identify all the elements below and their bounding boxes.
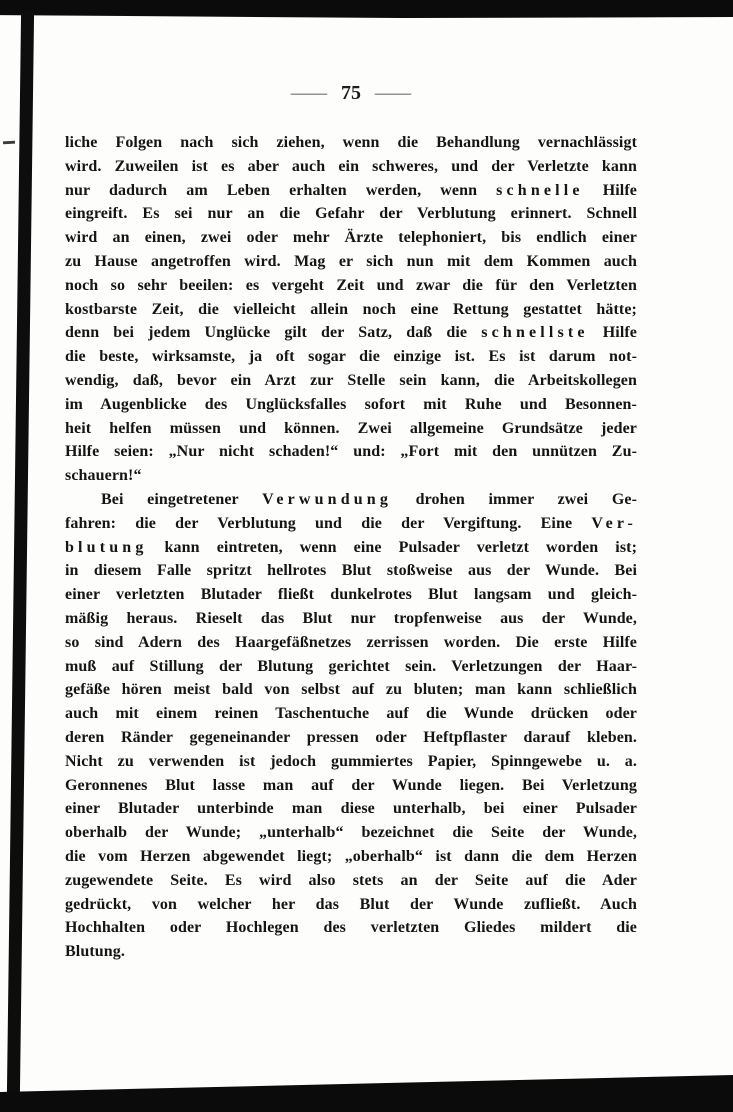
body-text: eingreift. Es sei nur an die Gefahr der … [65, 205, 637, 222]
body-text: schauern!“ [65, 467, 142, 484]
text-line: einer Blutader unterbinde man diese unte… [65, 797, 637, 821]
text-line: Blutung. [65, 940, 637, 964]
body-text: nur dadurch am Leben erhalten werden, we… [65, 182, 496, 199]
body-text: liche Folgen nach sich ziehen, wenn die … [65, 134, 637, 151]
text-line: eingreift. Es sei nur an die Gefahr der … [65, 202, 637, 226]
body-text: die vom Herzen abgewendet liegt; „oberha… [65, 848, 637, 865]
text-line: gedrückt, von welcher her das Blut der W… [65, 893, 637, 917]
body-text: wird. Zuweilen ist es aber auch ein schw… [65, 158, 637, 175]
body-text: heit helfen müssen und können. Zwei allg… [65, 420, 637, 437]
body-text: die beste, wirksamste, ja oft sogar die … [65, 348, 637, 365]
body-text: kann eintreten, wenn eine Pulsader verle… [148, 539, 638, 556]
body-text: im Augenblicke des Unglücksfalles sofort… [65, 396, 637, 413]
body-text: noch so sehr beeilen: es vergeht Zeit un… [65, 277, 637, 294]
text-line: liche Folgen nach sich ziehen, wenn die … [65, 131, 637, 155]
body-text: zu Hause angetroffen wird. Mag er sich n… [65, 253, 637, 270]
body-text: drohen immer zwei Ge- [392, 491, 637, 508]
body-text: Hochhalten oder Hochlegen des verletzten… [65, 919, 637, 936]
text-line: auch mit einem reinen Taschentuche auf d… [65, 702, 637, 726]
text-line: wendig, daß, bevor ein Arzt zur Stelle s… [65, 369, 637, 393]
text-line: fahren: die der Verblutung und die der V… [65, 512, 637, 536]
emphasized-spaced-text: blutung [65, 539, 148, 556]
body-text: so sind Adern des Haargefäßnetzes zerris… [65, 634, 637, 651]
body-text: muß auf Stillung der Blutung gerichtet s… [65, 658, 637, 675]
body-text: Nicht zu verwenden ist jedoch gummiertes… [65, 753, 637, 770]
body-text: einer Blutader unterbinde man diese unte… [65, 800, 637, 817]
text-line: denn bei jedem Unglücke gilt der Satz, d… [65, 321, 637, 345]
text-line: kostbarste Zeit, die vielleicht allein n… [65, 298, 637, 322]
scan-bottom-edge [0, 1075, 733, 1112]
text-line: mäßig heraus. Rieselt das Blut nur tropf… [65, 607, 637, 631]
text-line: Hilfe seien: „Nur nicht schaden!“ und: „… [65, 440, 637, 464]
body-text: fahren: die der Verblutung und die der V… [65, 515, 591, 532]
body-text: mäßig heraus. Rieselt das Blut nur tropf… [65, 610, 637, 627]
body-text: zugewendete Seite. Es wird also stets an… [65, 872, 637, 889]
text-line: oberhalb der Wunde; „unterhalb“ bezeichn… [65, 821, 637, 845]
text-line: blutung kann eintreten, wenn eine Pulsad… [65, 536, 637, 560]
text-block: liche Folgen nach sich ziehen, wenn die … [65, 131, 637, 964]
body-text: gedrückt, von welcher her das Blut der W… [65, 896, 637, 913]
body-text: einer verletzten Blutader fließt dunkelr… [65, 586, 637, 603]
text-line: zu Hause angetroffen wird. Mag er sich n… [65, 250, 637, 274]
body-text: auch mit einem reinen Taschentuche auf d… [65, 705, 637, 722]
body-text: Blutung. [65, 943, 125, 960]
text-line: einer verletzten Blutader fließt dunkelr… [65, 583, 637, 607]
text-line: noch so sehr beeilen: es vergeht Zeit un… [65, 274, 637, 298]
emphasized-spaced-text: Verwundung [262, 491, 392, 508]
scan-top-edge [0, 0, 733, 21]
page-number-dash-left: — [291, 84, 327, 102]
text-line: deren Ränder gegeneinander pressen oder … [65, 726, 637, 750]
text-line: zugewendete Seite. Es wird also stets an… [65, 869, 637, 893]
text-line: muß auf Stillung der Blutung gerichtet s… [65, 655, 637, 679]
text-line: wird an einen, zwei oder mehr Ärzte tele… [65, 226, 637, 250]
body-text: Hilfe [584, 182, 637, 199]
text-line: nur dadurch am Leben erhalten werden, we… [65, 179, 637, 203]
text-line: die beste, wirksamste, ja oft sogar die … [65, 345, 637, 369]
body-text: Bei eingetretener [101, 491, 262, 508]
text-line: wird. Zuweilen ist es aber auch ein schw… [65, 155, 637, 179]
body-text: Geronnenes Blut lasse man auf der Wunde … [65, 777, 637, 794]
text-line: in diesem Falle spritzt hellrotes Blut s… [65, 559, 637, 583]
text-line: Hochhalten oder Hochlegen des verletzten… [65, 916, 637, 940]
text-line: die vom Herzen abgewendet liegt; „oberha… [65, 845, 637, 869]
book-binding-shadow [7, 10, 34, 1096]
emphasized-spaced-text: schnellste [481, 324, 588, 341]
body-text: gefäße hören meist bald von selbst auf z… [65, 681, 637, 698]
body-text: in diesem Falle spritzt hellrotes Blut s… [65, 562, 637, 579]
text-line: Bei eingetretener Verwundung drohen imme… [65, 488, 637, 512]
page-number-dash-right: — [375, 84, 411, 102]
text-line: heit helfen müssen und können. Zwei allg… [65, 417, 637, 441]
text-line: Geronnenes Blut lasse man auf der Wunde … [65, 774, 637, 798]
body-text: Hilfe seien: „Nur nicht schaden!“ und: „… [65, 443, 637, 460]
text-line: im Augenblicke des Unglücksfalles sofort… [65, 393, 637, 417]
scanned-book-page: —75— liche Folgen nach sich ziehen, wenn… [0, 0, 733, 1112]
text-line: schauern!“ [65, 464, 637, 488]
body-text: denn bei jedem Unglücke gilt der Satz, d… [65, 324, 481, 341]
page-header: —75— [65, 82, 637, 105]
emphasized-spaced-text: schnelle [496, 182, 584, 199]
text-line: Nicht zu verwenden ist jedoch gummiertes… [65, 750, 637, 774]
body-text: Hilfe [589, 324, 637, 341]
text-line: gefäße hören meist bald von selbst auf z… [65, 678, 637, 702]
body-text: kostbarste Zeit, die vielleicht allein n… [65, 301, 637, 318]
emphasized-spaced-text: Ver- [591, 515, 637, 532]
body-text: deren Ränder gegeneinander pressen oder … [65, 729, 637, 746]
body-text: oberhalb der Wunde; „unterhalb“ bezeichn… [65, 824, 637, 841]
text-line: so sind Adern des Haargefäßnetzes zerris… [65, 631, 637, 655]
margin-mark [3, 141, 15, 145]
page-number: 75 [341, 82, 361, 105]
body-text: wendig, daß, bevor ein Arzt zur Stelle s… [65, 372, 637, 389]
body-text: wird an einen, zwei oder mehr Ärzte tele… [65, 229, 637, 246]
